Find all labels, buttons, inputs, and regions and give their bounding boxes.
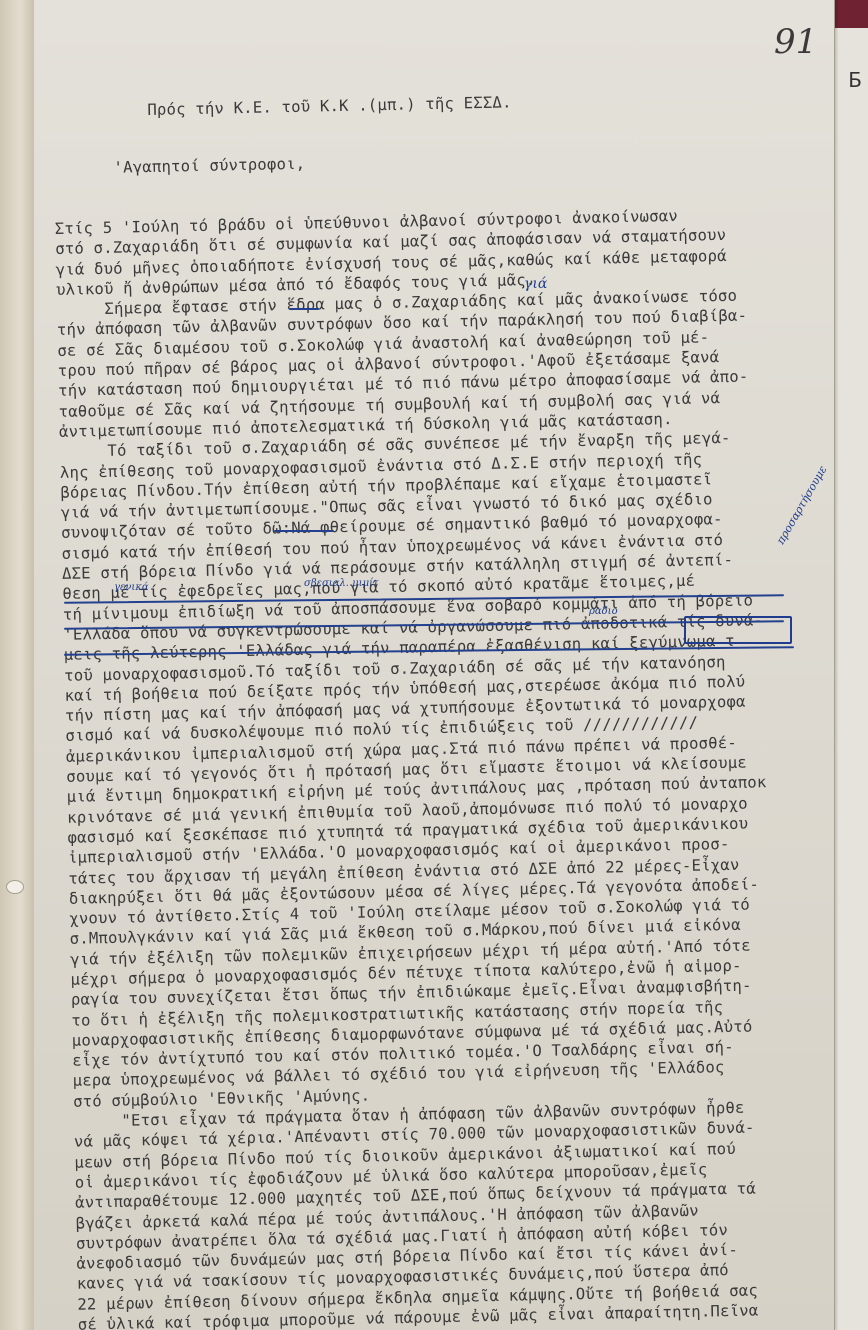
handwritten-note: γιά (524, 276, 547, 292)
page-number: 91 (774, 22, 817, 62)
underlying-sheet-mark: Ƃ (848, 68, 862, 92)
handwritten-box (684, 616, 792, 644)
binding-hole (6, 880, 24, 894)
handwritten-note: ραδιο (589, 606, 618, 617)
letter-heading: Πρός τήν Κ.Ε. τοῦ Κ.Κ .(μπ.) τῆς ΕΣΣΔ. (52, 78, 843, 129)
handwritten-underline (289, 308, 319, 310)
document-page: 91 Πρός τήν Κ.Ε. τοῦ Κ.Κ .(μπ.) τῆς ΕΣΣΔ… (34, 0, 835, 1330)
letter-salutation: 'Αγαπητοί σύντροφοι, (53, 132, 844, 189)
typed-letter-body: Πρός τήν Κ.Ε. τοῦ Κ.Κ .(μπ.) τῆς ΕΣΣΔ. '… (52, 78, 868, 1330)
handwritten-note: γενικά (114, 582, 149, 593)
handwritten-note: σβεσιαλ. μιμίτ (304, 578, 379, 589)
handwritten-underline (274, 530, 334, 532)
left-binding-edge (0, 0, 35, 1330)
